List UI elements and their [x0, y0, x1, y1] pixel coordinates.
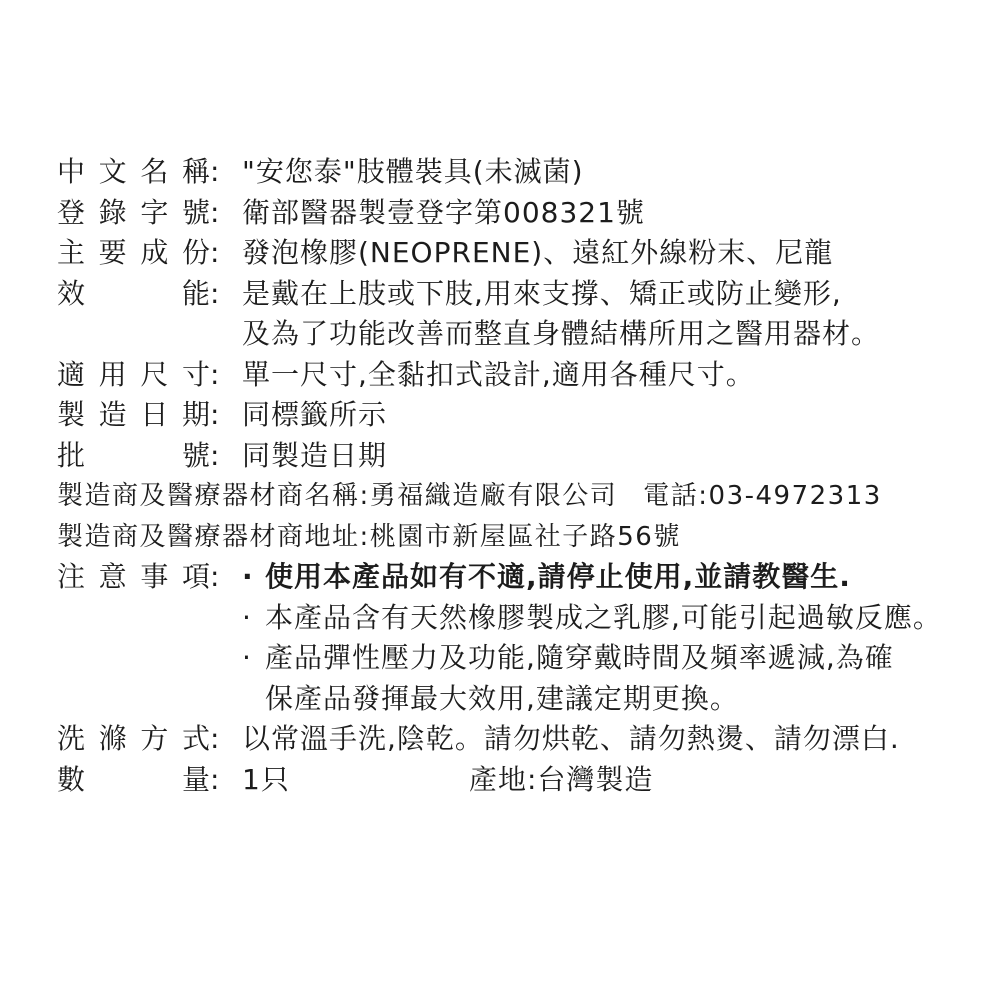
colon-separator: :	[210, 760, 242, 801]
field-value: 以常溫手洗,陰乾。請勿烘乾、請勿熱燙、請勿漂白.	[242, 719, 900, 760]
precaution-item-1: · 使用本產品如有不適,請停止使用,並請教醫生.	[242, 557, 942, 598]
precaution-item-3-continued: 保產品發揮最大效用,建議定期更換。	[242, 679, 942, 720]
bullet-icon: ·	[242, 638, 265, 679]
colon-separator: :	[210, 557, 242, 598]
field-value: "安您泰"肢體裝具(未滅菌)	[242, 152, 584, 193]
product-label-document: 中文名稱 : "安您泰"肢體裝具(未滅菌) 登錄字號 : 衛部醫器製壹登字第00…	[57, 152, 962, 800]
precaution-item-2: · 本產品含有天然橡膠製成之乳膠,可能引起過敏反應。	[242, 598, 942, 639]
precaution-text: 使用本產品如有不適,請停止使用,並請教醫生.	[265, 557, 851, 598]
efficacy-line-1: 是戴在上肢或下肢,用來支撐、矯正或防止變形,	[242, 274, 880, 315]
colon-separator: :	[210, 274, 242, 315]
bullet-icon: ·	[242, 598, 265, 639]
field-main-ingredients: 主要成份 : 發泡橡膠(NEOPRENE)、遠紅外線粉末、尼龍	[57, 233, 962, 274]
field-manufacture-date: 製造日期 : 同標籤所示	[57, 395, 962, 436]
field-chinese-name: 中文名稱 : "安您泰"肢體裝具(未滅菌)	[57, 152, 962, 193]
field-label: 登錄字號	[57, 193, 210, 234]
field-label: 製造日期	[57, 395, 210, 436]
field-label: 效能	[57, 274, 210, 315]
precaution-item-3: · 產品彈性壓力及功能,隨穿戴時間及頻率遞減,為確	[242, 638, 942, 679]
field-label: 洗滌方式	[57, 719, 210, 760]
manufacturer-phone: 電話:03-4972313	[643, 476, 882, 517]
field-washing: 洗滌方式 : 以常溫手洗,陰乾。請勿烘乾、請勿熱燙、請勿漂白.	[57, 719, 962, 760]
quantity-origin-values: 1只產地:台灣製造	[242, 760, 653, 801]
field-value: 發泡橡膠(NEOPRENE)、遠紅外線粉末、尼龍	[242, 233, 833, 274]
colon-separator: :	[210, 436, 242, 477]
field-label: 主要成份	[57, 233, 210, 274]
field-efficacy: 效能 : 是戴在上肢或下肢,用來支撐、矯正或防止變形, 及為了功能改善而整直身體…	[57, 274, 962, 355]
field-label: 中文名稱	[57, 152, 210, 193]
field-value: 衛部醫器製壹登字第008321號	[242, 193, 645, 234]
field-value: 同製造日期	[242, 436, 387, 477]
field-label: 適用尺寸	[57, 355, 210, 396]
colon-separator: :	[210, 355, 242, 396]
colon-separator: :	[210, 395, 242, 436]
field-label: 數量	[57, 760, 210, 801]
efficacy-line-2: 及為了功能改善而整直身體結構所用之醫用器材。	[242, 314, 880, 355]
quantity-value: 1只	[242, 760, 469, 801]
colon-separator: :	[210, 193, 242, 234]
field-batch-no: 批號 : 同製造日期	[57, 436, 962, 477]
field-precautions: 注意事項 : · 使用本產品如有不適,請停止使用,並請教醫生. · 本產品含有天…	[57, 557, 962, 719]
field-manufacturer-address: 製造商及醫療器材商地址:桃園市新屋區社子路56號	[57, 517, 962, 558]
manufacturer-name-text: 製造商及醫療器材商名稱:勇福織造廠有限公司	[57, 476, 617, 517]
precaution-text: 本產品含有天然橡膠製成之乳膠,可能引起過敏反應。	[265, 598, 942, 639]
precaution-text: 產品彈性壓力及功能,隨穿戴時間及頻率遞減,為確	[265, 638, 894, 679]
precautions-list: · 使用本產品如有不適,請停止使用,並請教醫生. · 本產品含有天然橡膠製成之乳…	[242, 557, 942, 719]
colon-separator: :	[210, 719, 242, 760]
bullet-icon: ·	[242, 557, 265, 598]
field-label: 批號	[57, 436, 210, 477]
field-label: 注意事項	[57, 557, 210, 598]
manufacturer-address-text: 製造商及醫療器材商地址:桃園市新屋區社子路56號	[57, 517, 681, 558]
colon-separator: :	[210, 152, 242, 193]
field-value: 同標籤所示	[242, 395, 387, 436]
origin-value: 產地:台灣製造	[469, 763, 653, 796]
field-value: 是戴在上肢或下肢,用來支撐、矯正或防止變形, 及為了功能改善而整直身體結構所用之…	[242, 274, 880, 355]
field-registration-no: 登錄字號 : 衛部醫器製壹登字第008321號	[57, 193, 962, 234]
colon-separator: :	[210, 233, 242, 274]
field-value: 單一尺寸,全黏扣式設計,適用各種尺寸。	[242, 355, 755, 396]
field-quantity-origin: 數量 : 1只產地:台灣製造	[57, 760, 962, 801]
field-manufacturer-name: 製造商及醫療器材商名稱:勇福織造廠有限公司 電話:03-4972313	[57, 476, 962, 517]
field-applicable-size: 適用尺寸 : 單一尺寸,全黏扣式設計,適用各種尺寸。	[57, 355, 962, 396]
